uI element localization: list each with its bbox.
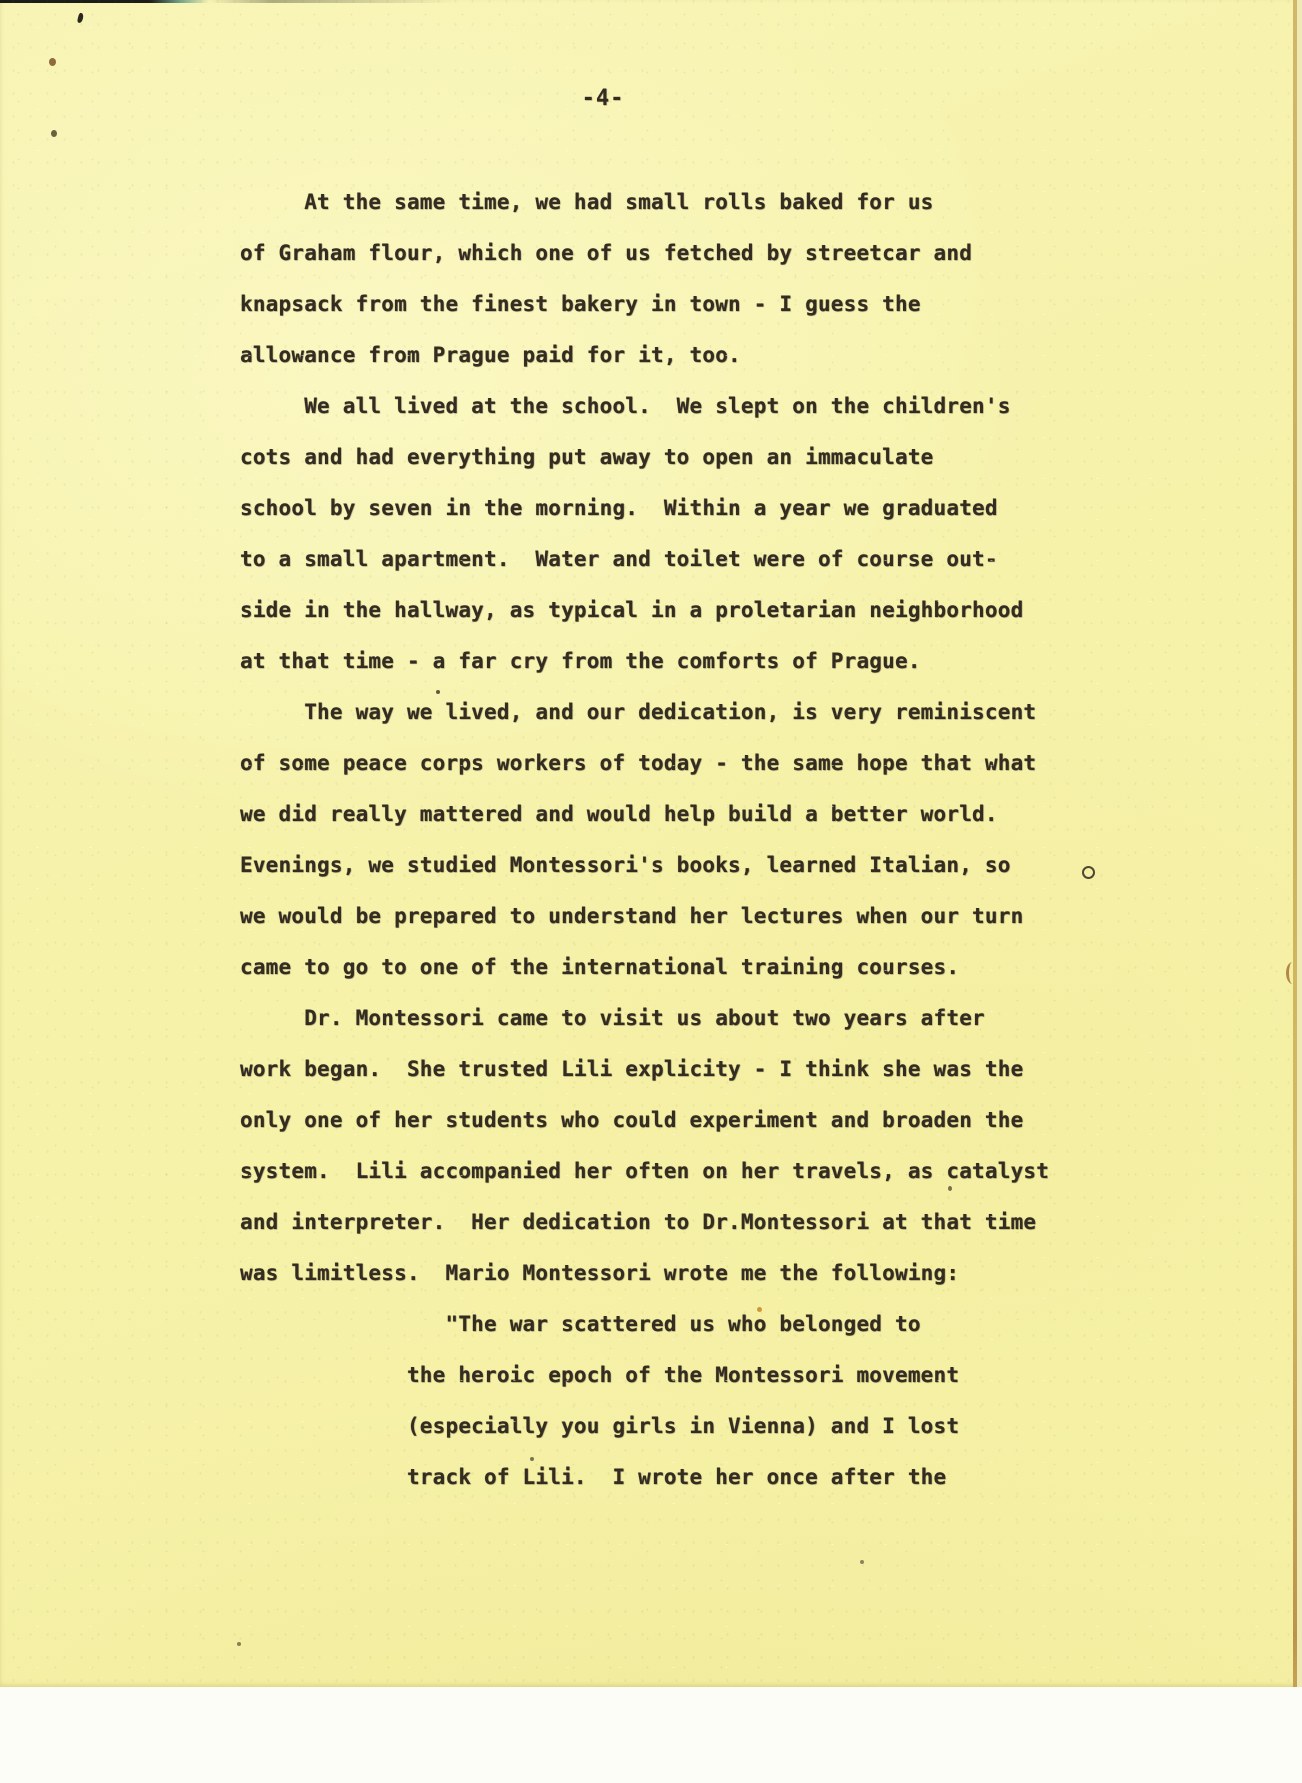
typed-line: At the same time, we had small rolls bak…	[240, 177, 1049, 228]
typed-line: cots and had everything put away to open…	[240, 432, 1049, 483]
typed-line: the heroic epoch of the Montessori movem…	[240, 1350, 1049, 1401]
typed-line: we did really mattered and would help bu…	[240, 789, 1049, 840]
typed-line: allowance from Prague paid for it, too.	[240, 330, 1049, 381]
typed-line: was limitless. Mario Montessori wrote me…	[240, 1248, 1049, 1299]
edge-crescent-mark	[1286, 962, 1299, 984]
ink-speck	[948, 1186, 952, 1191]
ink-speck	[77, 13, 84, 24]
typed-line: we would be prepared to understand her l…	[240, 891, 1049, 942]
typed-line: to a small apartment. Water and toilet w…	[240, 534, 1049, 585]
typed-text-block: At the same time, we had small rolls bak…	[240, 177, 1049, 1503]
typed-line: "The war scattered us who belonged to	[240, 1299, 1049, 1350]
ink-speck	[860, 1560, 864, 1564]
ink-speck	[237, 1642, 241, 1646]
typed-line: knapsack from the finest bakery in town …	[240, 279, 1049, 330]
typed-line: of Graham flour, which one of us fetched…	[240, 228, 1049, 279]
typed-line: work began. She trusted Lili explicity -…	[240, 1044, 1049, 1095]
ink-speck	[757, 1307, 762, 1312]
ink-speck	[1082, 866, 1095, 879]
typed-line: We all lived at the school. We slept on …	[240, 381, 1049, 432]
typed-line: of some peace corps workers of today - t…	[240, 738, 1049, 789]
typed-line: school by seven in the morning. Within a…	[240, 483, 1049, 534]
paper-right-margin	[1297, 0, 1302, 1687]
typed-line: The way we lived, and our dedication, is…	[240, 687, 1049, 738]
typed-line: Evenings, we studied Montessori's books,…	[240, 840, 1049, 891]
typed-line: at that time - a far cry from the comfor…	[240, 636, 1049, 687]
typed-line: track of Lili. I wrote her once after th…	[240, 1452, 1049, 1503]
typed-line: (especially you girls in Vienna) and I l…	[240, 1401, 1049, 1452]
ink-speck	[49, 58, 56, 66]
typed-line: side in the hallway, as typical in a pro…	[240, 585, 1049, 636]
typed-line: Dr. Montessori came to visit us about tw…	[240, 993, 1049, 1044]
typed-line: system. Lili accompanied her often on he…	[240, 1146, 1049, 1197]
ink-speck	[436, 690, 440, 694]
typed-line: and interpreter. Her dedication to Dr.Mo…	[240, 1197, 1049, 1248]
ink-speck	[51, 130, 57, 137]
typed-line: only one of her students who could exper…	[240, 1095, 1049, 1146]
scan-edge-artifact	[0, 0, 455, 3]
typed-line: came to go to one of the international t…	[240, 942, 1049, 993]
page-number: -4-	[0, 86, 1206, 111]
paper-sheet: -4- At the same time, we had small rolls…	[0, 0, 1302, 1687]
ink-speck	[530, 1457, 534, 1461]
